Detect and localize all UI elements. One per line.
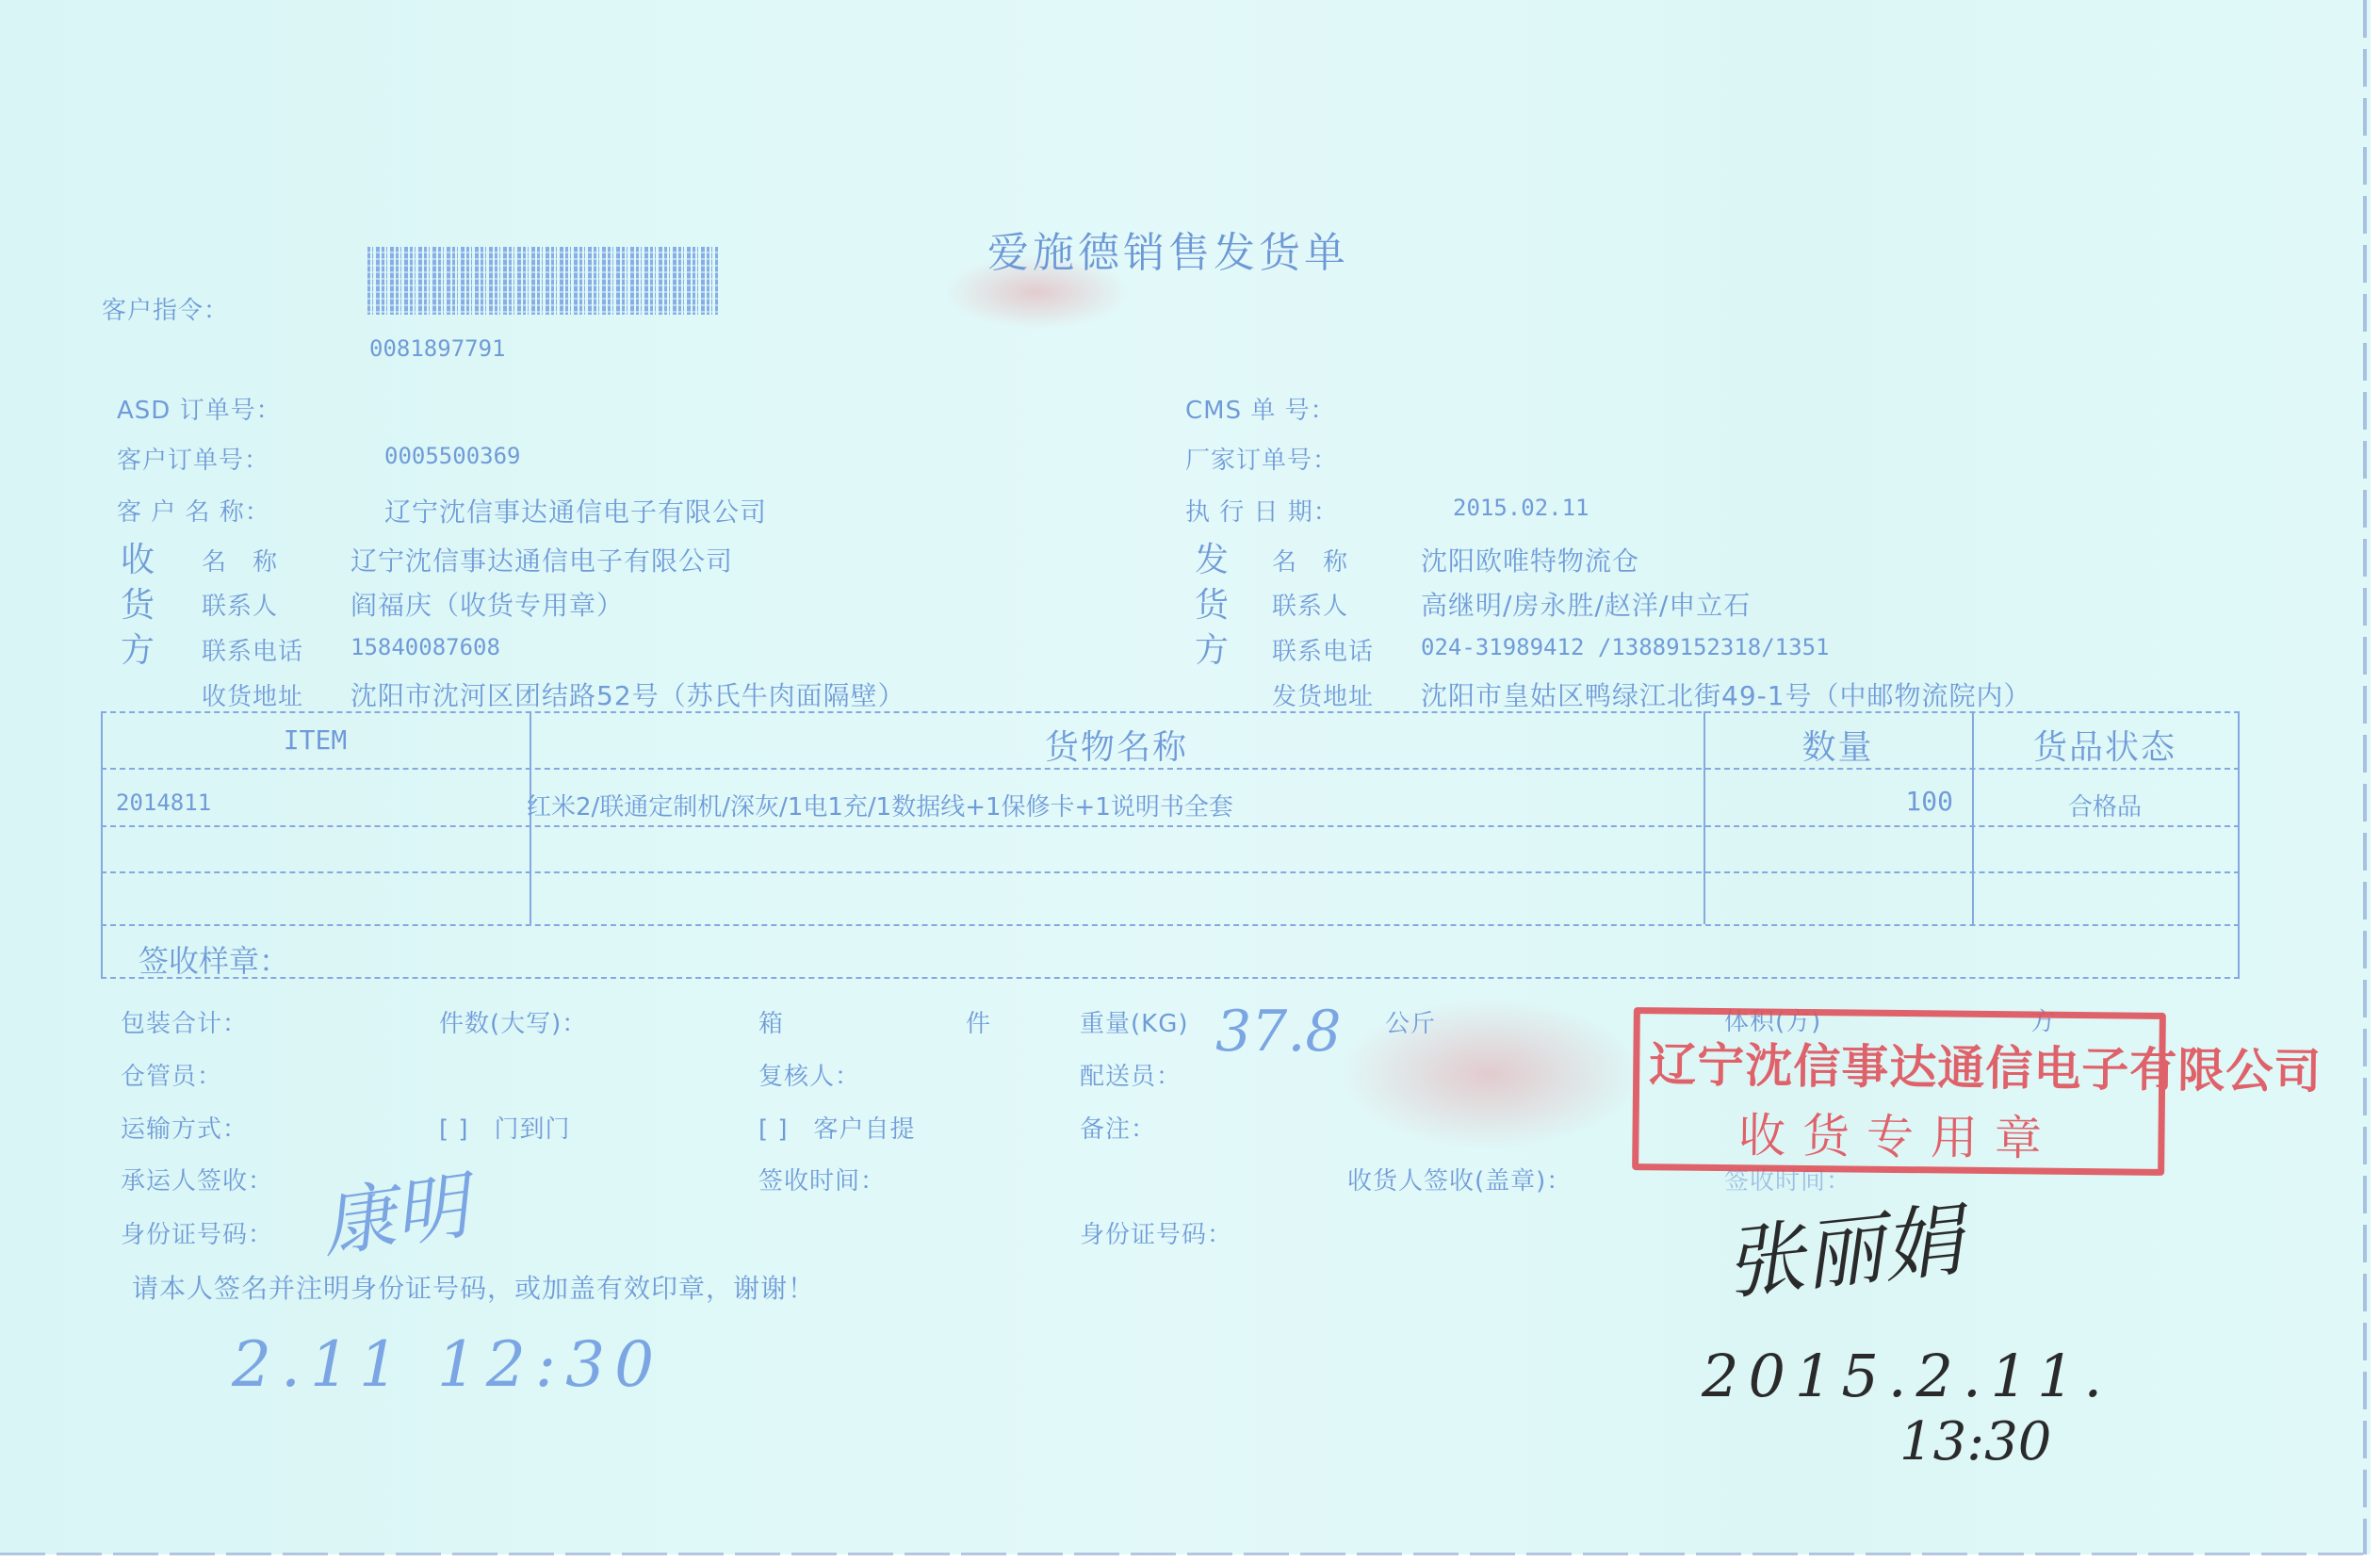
- factory-order-label: 厂家订单号：: [1185, 441, 1338, 476]
- table-row-divider: [101, 871, 2240, 873]
- receiving-stamp: 辽宁沈信事达通信电子有限公司 收货专用章: [1632, 1007, 2166, 1176]
- transport-method-label: 运输方式：: [121, 1110, 248, 1145]
- row-item-code: 2014811: [116, 789, 211, 816]
- sender-contact-label: 联系人: [1272, 587, 1348, 622]
- asd-order-label: ASD 订单号：: [117, 391, 282, 426]
- door-to-door-checkbox[interactable]: [ ] 门到门: [439, 1110, 571, 1145]
- column-header-item: ITEM: [101, 724, 530, 756]
- table-border-top: [101, 711, 2240, 713]
- receiver-handwritten-time: 13:30: [1899, 1411, 2051, 1473]
- receiver-side-char-2: 货: [121, 578, 155, 626]
- customer-instruction-label: 客户指令：: [102, 291, 229, 326]
- red-smudge: [1338, 999, 1639, 1149]
- receiver-sign-label: 收货人签收(盖章)：: [1347, 1162, 1572, 1196]
- cms-number-label: CMS 单 号：: [1185, 391, 1336, 426]
- row-quantity: 100: [1703, 786, 1953, 817]
- row-status: 合格品: [1972, 788, 2238, 822]
- column-header-status: 货品状态: [1972, 721, 2238, 769]
- sender-side-char-3: 方: [1195, 624, 1230, 672]
- warehouse-keeper-label: 仓管员：: [121, 1057, 222, 1092]
- receiver-side-char-3: 方: [121, 624, 155, 672]
- customer-name-value: 辽宁沈信事达通信电子有限公司: [384, 492, 767, 529]
- receiver-side-char-1: 收: [121, 533, 155, 581]
- exec-date-value: 2015.02.11: [1453, 495, 1589, 521]
- id-number-label-left: 身份证号码：: [121, 1215, 273, 1250]
- goods-table: ITEM 货物名称 数量 货品状态 2014811 红米2/联通定制机/深灰/1…: [101, 711, 2240, 977]
- weight-handwritten-value: 37.8: [1215, 999, 1342, 1065]
- sign-time-label: 签收时间：: [758, 1162, 886, 1196]
- stamp-company-name: 辽宁沈信事达通信电子有限公司: [1649, 1027, 2323, 1101]
- carrier-sign-label: 承运人签收：: [121, 1162, 273, 1196]
- deliverer-label: 配送员：: [1080, 1057, 1182, 1092]
- sender-side-char-2: 货: [1195, 578, 1230, 626]
- receiver-phone-label: 联系电话: [202, 632, 303, 667]
- document-title: 爱施德销售发货单: [987, 219, 1349, 279]
- exec-date-label: 执 行 日 期：: [1185, 493, 1339, 528]
- receiver-phone-value: 15840087608: [350, 634, 500, 660]
- column-header-quantity: 数量: [1703, 721, 1972, 769]
- signature-notice: 请本人签名并注明身份证号码，或加盖有效印章，谢谢！: [132, 1268, 815, 1306]
- sign-sample-label: 签收样章：: [139, 937, 289, 981]
- sender-name-value: 沈阳欧唯特物流仓: [1421, 541, 1639, 578]
- sender-phone-value: 024-31989412 /13889152318/1351: [1421, 634, 1829, 660]
- row-goods-name: 红米2/联通定制机/深灰/1电1充/1数据线+1保修卡+1说明书全套: [527, 788, 1233, 822]
- carrier-signature: 康明: [314, 1147, 474, 1273]
- receiver-contact-value: 阎福庆（收货专用章）: [350, 585, 624, 623]
- sender-contact-value: 高继明/房永胜/赵洋/申立石: [1421, 585, 1751, 623]
- table-row-divider: [101, 825, 2240, 827]
- customer-instruction-number: 0081897791: [369, 335, 506, 362]
- receiver-name-label: 名 称: [202, 543, 278, 578]
- table-border-bottom: [101, 977, 2240, 979]
- customer-order-value: 0005500369: [384, 443, 521, 469]
- remark-label: 备注：: [1080, 1110, 1156, 1145]
- stamp-purpose: 收货专用章: [1638, 1097, 2159, 1170]
- table-row-divider: [101, 924, 2240, 926]
- receiver-name-value: 辽宁沈信事达通信电子有限公司: [350, 541, 733, 578]
- sender-phone-label: 联系电话: [1272, 632, 1374, 667]
- weight-label: 重量(KG): [1080, 1004, 1189, 1039]
- carrier-handwritten-time: 2.11 12:30: [232, 1328, 663, 1401]
- perforation-bottom: [0, 1553, 2371, 1555]
- sender-address-value: 沈阳市皇姑区鸭绿江北街49-1号（中邮物流院内）: [1421, 675, 2031, 713]
- customer-name-label: 客 户 名 称：: [117, 493, 270, 528]
- sender-side-char-1: 发: [1195, 533, 1230, 581]
- receiver-address-label: 收货地址: [202, 677, 303, 712]
- customer-order-label: 客户订单号：: [117, 441, 269, 476]
- weight-unit: 公斤: [1385, 1004, 1436, 1039]
- self-pickup-checkbox[interactable]: [ ] 客户自提: [758, 1110, 916, 1145]
- id-number-label-right: 身份证号码：: [1080, 1215, 1232, 1250]
- receiver-handwritten-date: 2015.2.11.: [1702, 1342, 2111, 1410]
- receiver-address-value: 沈阳市沈河区团结路52号（苏氏牛肉面隔壁）: [350, 675, 905, 713]
- packing-total-label: 包装合计：: [121, 1004, 248, 1039]
- barcode-icon: [367, 247, 718, 315]
- column-header-goods-name: 货物名称: [530, 721, 1703, 769]
- sender-address-label: 发货地址: [1272, 677, 1374, 712]
- box-label: 箱: [758, 1004, 784, 1039]
- perforation-right: [2363, 0, 2367, 1554]
- sender-name-label: 名 称: [1272, 543, 1348, 578]
- table-border-right: [2238, 711, 2240, 977]
- receiver-contact-label: 联系人: [202, 587, 278, 622]
- reviewer-label: 复核人：: [758, 1057, 860, 1092]
- piece-label: 件: [966, 1004, 991, 1039]
- pieces-upper-label: 件数(大写)：: [439, 1004, 587, 1039]
